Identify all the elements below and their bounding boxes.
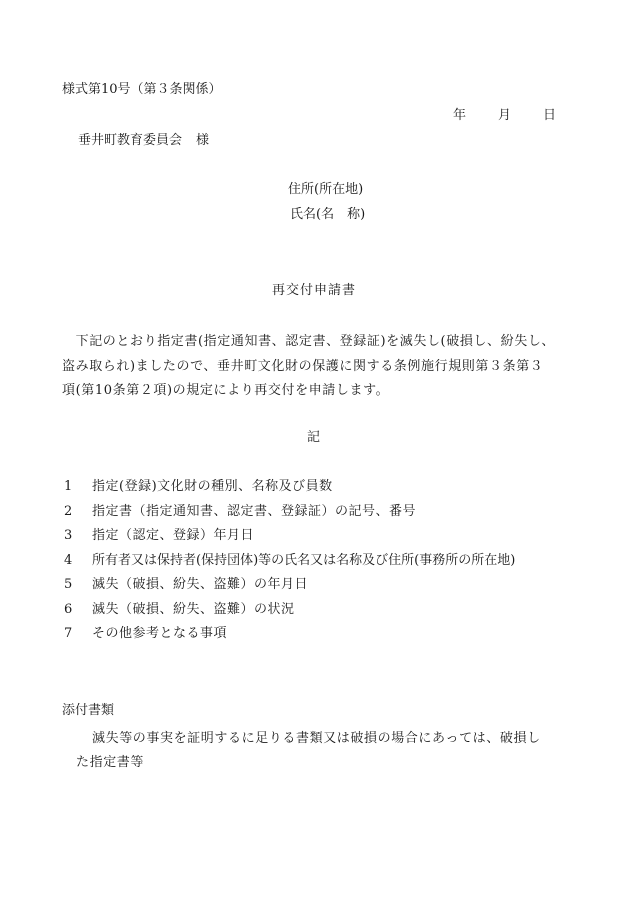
date-month-label: 月: [498, 109, 511, 122]
applicant-address-label: 住所(所在地): [288, 183, 363, 196]
list-item: 5滅失（破損、紛失、盗難）の年月日: [64, 578, 308, 602]
item-text: 指定（認定、登録）年月日: [92, 528, 254, 543]
item-number: 2: [64, 505, 92, 518]
addressee-honorific: 様: [196, 133, 209, 148]
item-number: 5: [64, 578, 92, 591]
item-number: 4: [64, 554, 92, 567]
list-item: 6滅失（破損、紛失、盗難）の状況: [64, 603, 295, 627]
body-line: 盗み取られ)ましたので、垂井町文化財の保護に関する条例施行規則第３条第３: [62, 355, 582, 380]
applicant-name-label: 氏名(名 称): [290, 208, 365, 221]
body-paragraph: 下記のとおり指定書(指定通知書、認定書、登録証)を滅失し(破損し、紛失し、 盗み…: [62, 330, 582, 404]
attachments-line: た指定書等: [62, 751, 541, 775]
item-text: 滅失（破損、紛失、盗難）の年月日: [92, 577, 308, 592]
item-text: 指定(登録)文化財の種別、名称及び員数: [92, 479, 333, 494]
item-number: 6: [64, 603, 92, 616]
form-number: 様式第10号（第３条関係）: [62, 83, 222, 96]
item-number: 1: [64, 480, 92, 493]
list-item: 3指定（認定、登録）年月日: [64, 529, 254, 553]
attachments-body: 滅失等の事実を証明するに足りる書類又は破損の場合にあっては、破損し た指定書等: [62, 727, 541, 775]
item-text: 所有者又は保持者(保持団体)等の氏名又は名称及び住所(事務所の所在地): [92, 553, 515, 568]
item-text: 滅失（破損、紛失、盗難）の状況: [92, 602, 295, 617]
date-day-label: 日: [543, 109, 556, 122]
date-line: 年月日: [453, 109, 556, 122]
body-line: 項(第10条第２項)の規定により再交付を申請します。: [62, 379, 582, 404]
date-year-label: 年: [453, 109, 466, 122]
list-item: 2指定書（指定通知書、認定書、登録証）の記号、番号: [64, 505, 416, 529]
list-item: 4所有者又は保持者(保持団体)等の氏名又は名称及び住所(事務所の所在地): [64, 554, 515, 578]
attachments-heading: 添付書類: [62, 704, 114, 717]
document-title: 再交付申請書: [272, 284, 356, 297]
item-text: その他参考となる事項: [92, 626, 227, 641]
addressee: 垂井町教育委員会様: [78, 134, 209, 147]
list-item: 7その他参考となる事項: [64, 627, 227, 651]
body-line: 下記のとおり指定書(指定通知書、認定書、登録証)を滅失し(破損し、紛失し、: [62, 330, 582, 355]
item-number: 3: [64, 529, 92, 542]
item-text: 指定書（指定通知書、認定書、登録証）の記号、番号: [92, 504, 416, 519]
attachments-line: 滅失等の事実を証明するに足りる書類又は破損の場合にあっては、破損し: [62, 727, 541, 751]
ki-heading: 記: [307, 431, 320, 444]
list-item: 1指定(登録)文化財の種別、名称及び員数: [64, 480, 333, 504]
addressee-name: 垂井町教育委員会: [78, 133, 182, 148]
item-number: 7: [64, 627, 92, 640]
